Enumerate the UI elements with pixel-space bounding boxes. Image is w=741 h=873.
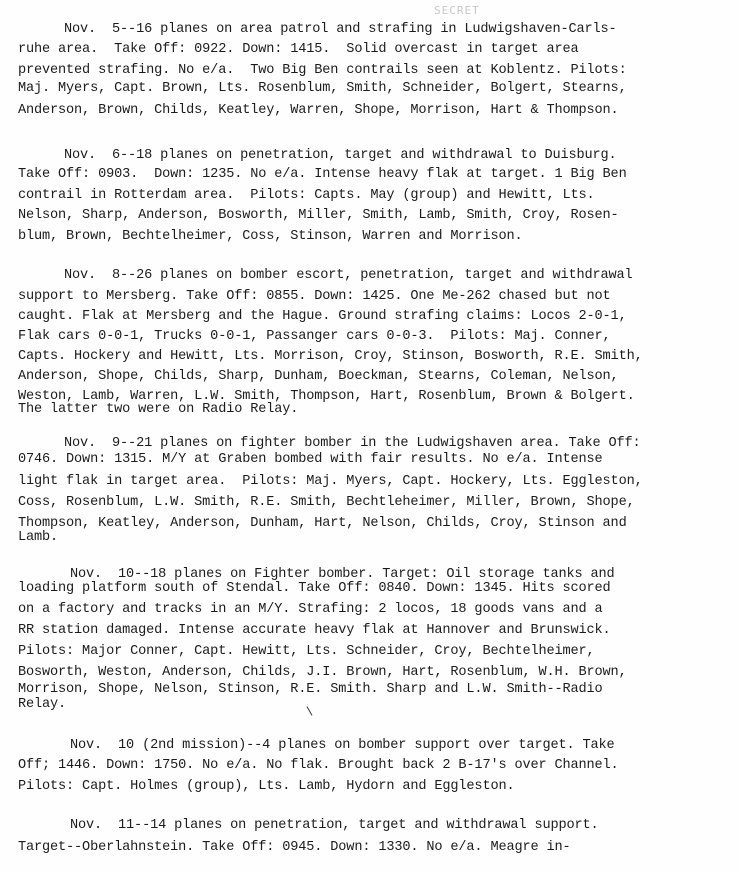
text-line: Pilots: Capt. Holmes (group), Lts. Lamb,…	[18, 779, 514, 795]
text-line: Anderson, Shope, Childs, Sharp, Dunham, …	[18, 369, 619, 385]
text-line: Nov. 9--21 planes on fighter bomber in t…	[64, 436, 641, 452]
text-line: Flak cars 0-0-1, Trucks 0-0-1, Passanger…	[18, 329, 611, 345]
text-line: Nov. 10 (2nd mission)--4 planes on bombe…	[70, 738, 615, 754]
document-page: SECRET Nov. 5--16 planes on area patrol …	[0, 0, 741, 873]
text-line: Coss, Rosenblum, L.W. Smith, R.E. Smith,…	[18, 495, 635, 511]
text-line: Nov. 8--26 planes on bomber escort, pene…	[64, 268, 633, 284]
text-line: Nov. 5--16 planes on area patrol and str…	[64, 22, 617, 38]
text-line: contrail in Rotterdam area. Pilots: Capt…	[18, 188, 595, 204]
text-line: Take Off: 0903. Down: 1235. No e/a. Inte…	[18, 167, 627, 183]
text-line: Thompson, Keatley, Anderson, Dunham, Har…	[18, 516, 627, 532]
text-line: Target--Oberlahnstein. Take Off: 0945. D…	[18, 840, 571, 856]
text-line: Morrison, Shope, Nelson, Stinson, R.E. S…	[18, 682, 603, 698]
stray-pen-mark	[307, 706, 313, 715]
text-line: Nov. 6--18 planes on penetration, target…	[64, 148, 617, 164]
text-line: Bosworth, Weston, Anderson, Childs, J.I.…	[18, 665, 627, 681]
text-line: Nov. 11--14 planes on penetration, targe…	[70, 818, 599, 834]
text-line: Anderson, Brown, Childs, Keatley, Warren…	[18, 103, 619, 119]
text-line: Nelson, Sharp, Anderson, Bosworth, Mille…	[18, 208, 619, 224]
text-line: on a factory and tracks in an M/Y. Straf…	[18, 602, 603, 618]
secret-stamp: SECRET	[434, 4, 480, 17]
text-line: Off; 1446. Down: 1750. No e/a. No flak. …	[18, 758, 619, 774]
text-line: support to Mersberg. Take Off: 0855. Dow…	[18, 289, 611, 305]
text-line: caught. Flak at Mersberg and the Hague. …	[18, 309, 627, 325]
text-line: light flak in target area. Pilots: Maj. …	[18, 474, 643, 490]
text-line: 0746. Down: 1315. M/Y at Graben bombed w…	[18, 452, 603, 468]
text-line: The latter two were on Radio Relay.	[18, 402, 298, 418]
text-line: Maj. Myers, Capt. Brown, Lts. Rosenblum,…	[18, 81, 627, 97]
text-line: RR station damaged. Intense accurate hea…	[18, 623, 611, 639]
text-line: loading platform south of Stendal. Take …	[18, 581, 611, 597]
text-line: Relay.	[18, 697, 66, 713]
text-line: prevented strafing. No e/a. Two Big Ben …	[18, 63, 627, 79]
text-line: Pilots: Major Conner, Capt. Hewitt, Lts.…	[18, 644, 595, 660]
text-line: blum, Brown, Bechtelheimer, Coss, Stinso…	[18, 229, 522, 245]
text-line: Lamb.	[18, 530, 58, 546]
text-line: Capts. Hockery and Hewitt, Lts. Morrison…	[18, 349, 643, 365]
text-line: ruhe area. Take Off: 0922. Down: 1415. S…	[18, 42, 579, 58]
